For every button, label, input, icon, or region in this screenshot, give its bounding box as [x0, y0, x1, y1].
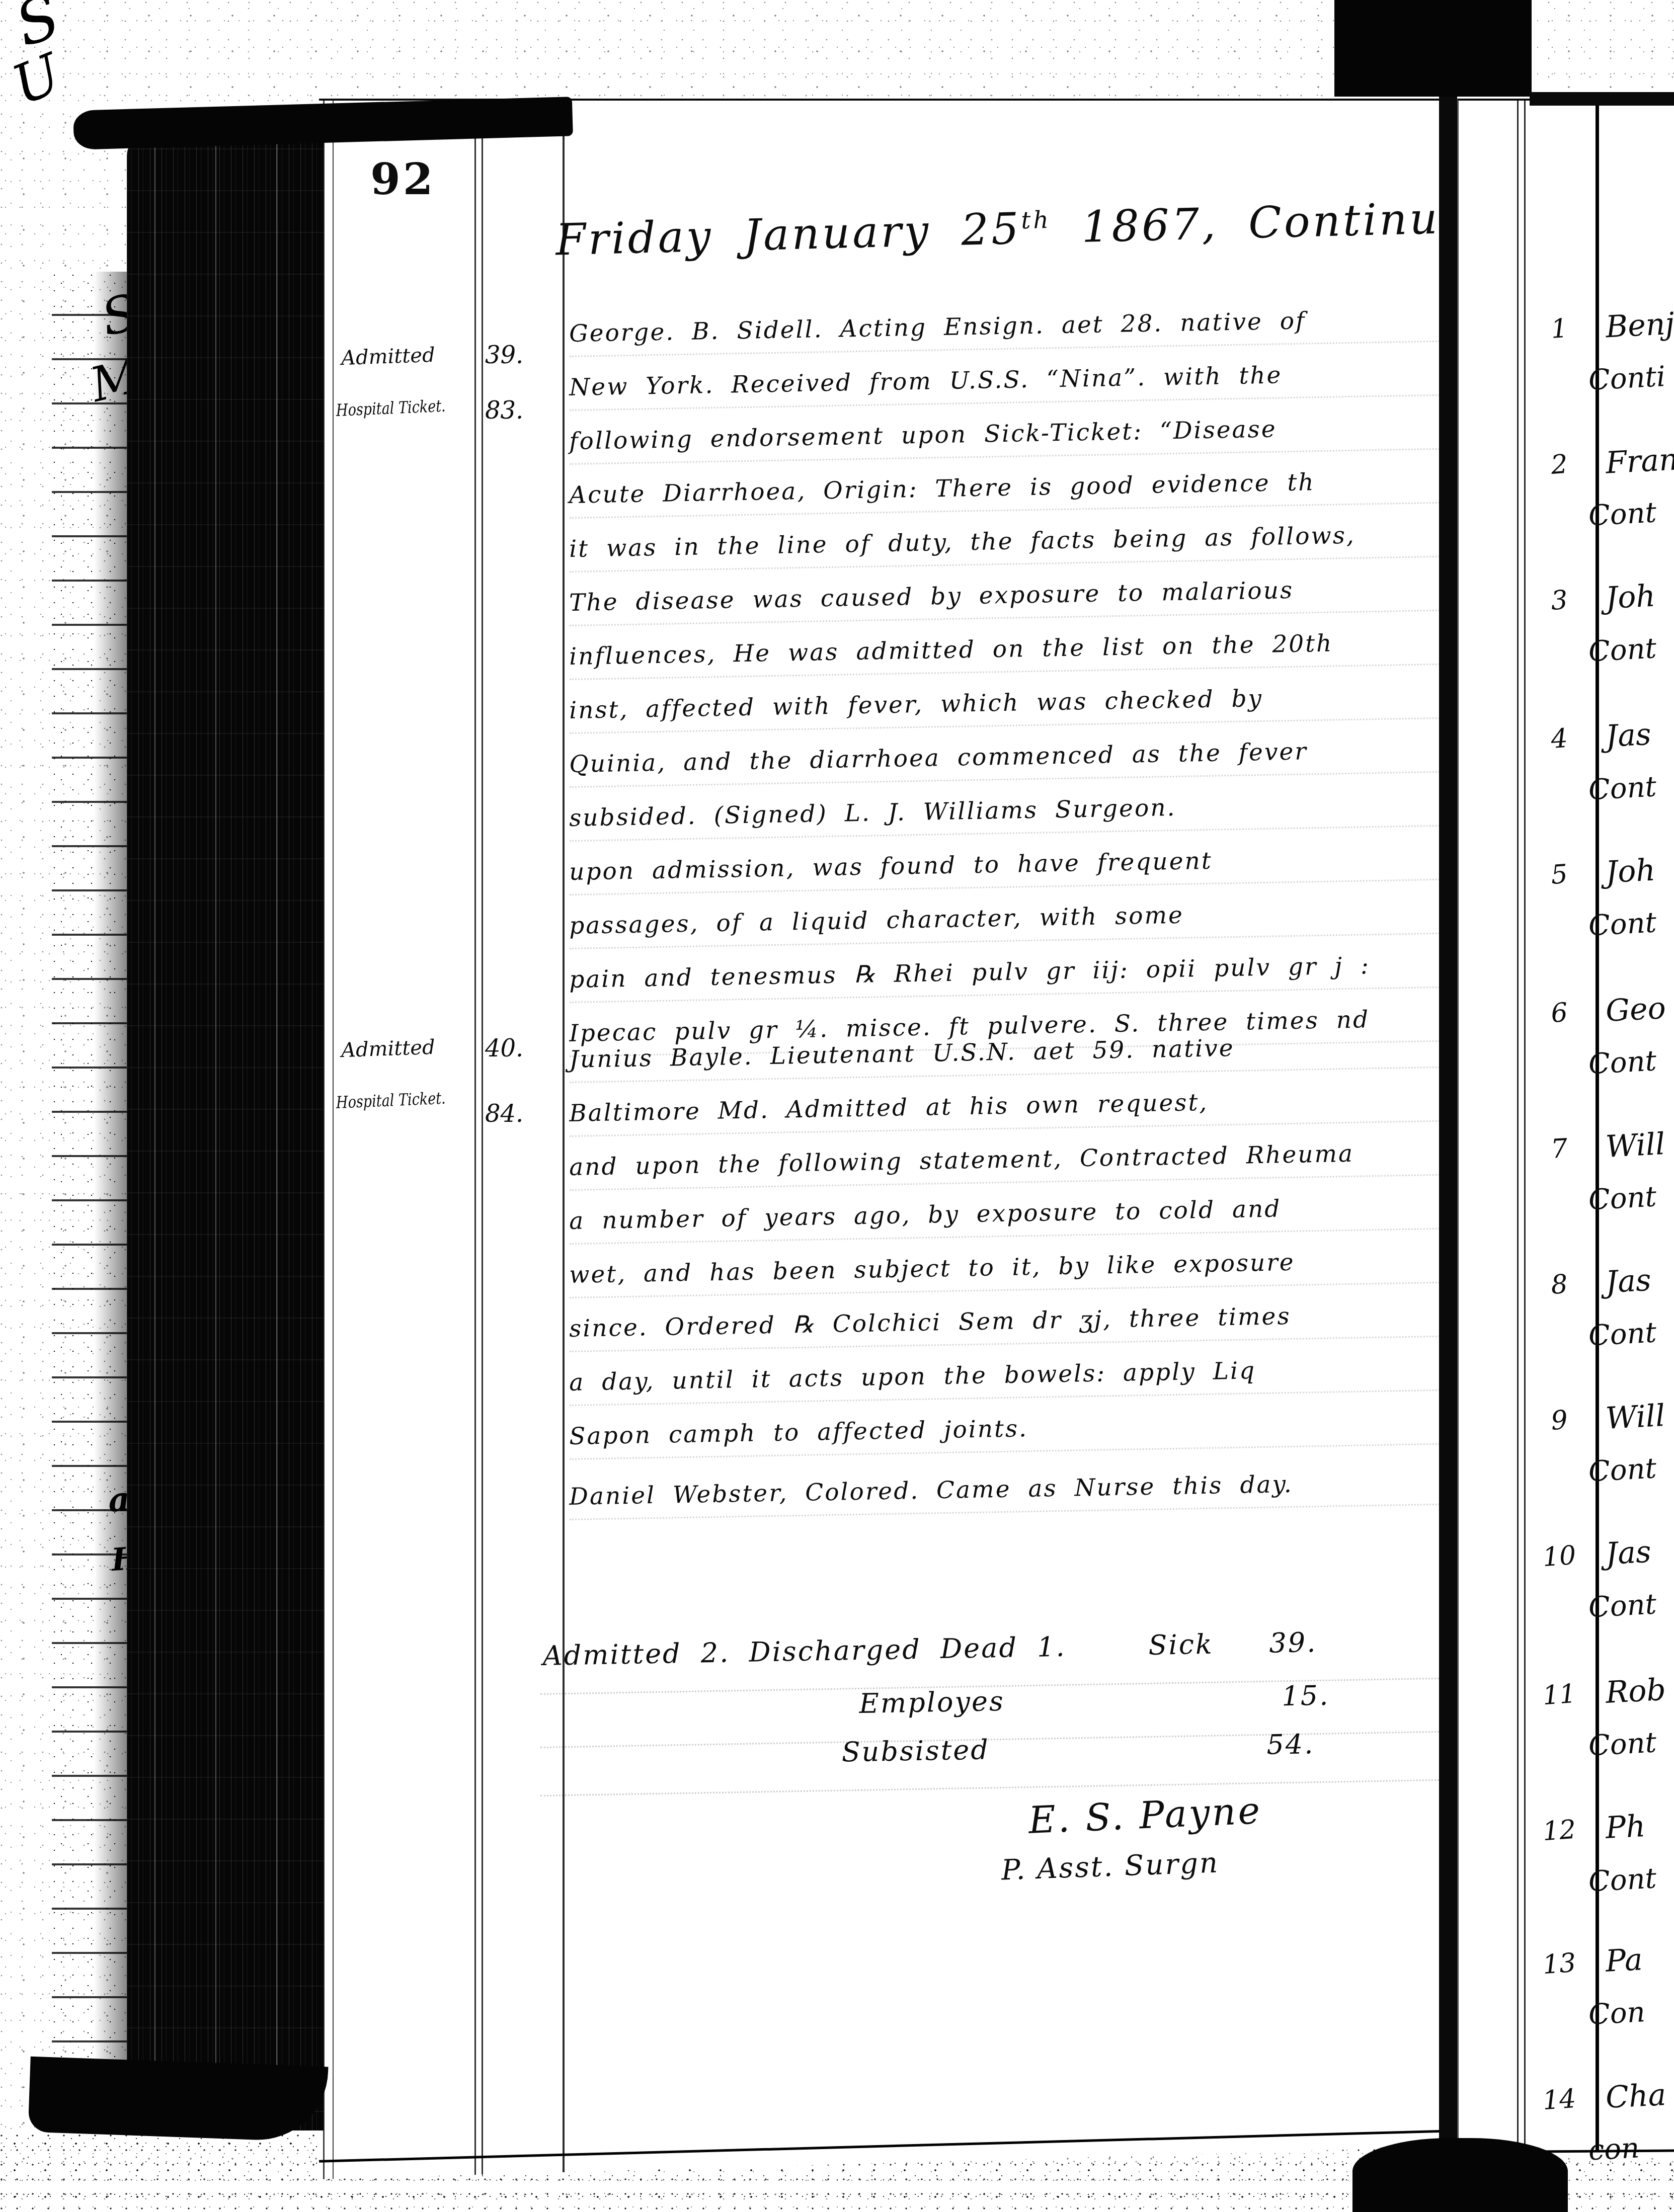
- continued-fragment: Cont: [1587, 1727, 1657, 1763]
- ledger-row: 7 Will Cont: [1459, 1134, 1674, 1245]
- entry-line: New York. Received from U.S.S. “Nina”. w…: [569, 359, 1440, 411]
- entry-line: upon admission, was found to have freque…: [569, 843, 1440, 895]
- entry-line: subsided. (Signed) L. J. Williams Surgeo…: [569, 789, 1440, 842]
- entry-line: Acute Diarrhoea, Origin: There is good e…: [569, 466, 1440, 519]
- date-ordinal-suffix: th: [1021, 206, 1052, 234]
- summary-subsisted-label: Subsisted: [841, 1734, 990, 1768]
- summary-subsisted-value: 54.: [1266, 1728, 1315, 1761]
- signature-name: E. S. Payne: [1027, 1789, 1262, 1842]
- entry-line: it was in the line of duty, the facts be…: [569, 520, 1440, 572]
- patient-name-fragment: Rob: [1605, 1672, 1666, 1710]
- summary-employes-value: 15.: [1282, 1680, 1330, 1712]
- binding-shadow-bottom: [1352, 2138, 1568, 2212]
- summary-sick-value: 39.: [1269, 1626, 1317, 1659]
- continued-fragment: Cont: [1587, 1181, 1657, 1217]
- ledger-row: 9 Will Cont: [1459, 1406, 1674, 1516]
- patient-name-fragment: Ph: [1605, 1809, 1646, 1846]
- entry-line: passages, of a liquid character, with so…: [569, 897, 1440, 949]
- ledger-row: 6 Geo Cont: [1459, 998, 1674, 1109]
- entry-line: and upon the following statement, Contra…: [569, 1138, 1440, 1191]
- patient-name-fragment: Will: [1605, 1126, 1666, 1165]
- row-number: 10: [1526, 1539, 1593, 1574]
- patient-name-fragment: Cha: [1605, 2077, 1667, 2115]
- entry-line: following endorsement upon Sick-Ticket: …: [569, 413, 1440, 465]
- patient-name-fragment: Joh: [1605, 852, 1656, 890]
- entry-line: Quinia, and the diarrhoea commenced as t…: [569, 735, 1440, 788]
- ledger-column-rule: [474, 101, 476, 2183]
- entry-line: pain and tenesmus ℞ Rhei pulv gr iij: op…: [569, 951, 1440, 1003]
- continued-fragment: Cont: [1587, 1862, 1657, 1899]
- ledger-row: 8 Jas Cont: [1459, 1270, 1674, 1380]
- patient-name-fragment: Benj: [1605, 306, 1674, 345]
- row-number: 13: [1526, 1947, 1593, 1982]
- patient-name-fragment: Jas: [1605, 1263, 1652, 1300]
- date-header: Friday January 25th 1867, Continued: [555, 194, 1442, 266]
- entry-line: since. Ordered ℞ Colchici Sem dr ʒj, thr…: [569, 1300, 1440, 1352]
- ledger-row: 5 Joh Cont: [1459, 860, 1674, 970]
- date-header-text: Friday January 25: [555, 204, 1022, 266]
- entry-line: Sapon camph to affected joints.: [569, 1408, 1440, 1460]
- right-page: 1 Benj Conti 2 Fran Cont 3 Joh Cont 4 Ja…: [1457, 99, 1674, 2158]
- signature-title: P. Asst. Surgn: [1001, 1846, 1220, 1887]
- ledger-row: 11 Rob Cont: [1459, 1680, 1674, 1790]
- ledger-column-rule: [482, 101, 483, 2183]
- row-number: 9: [1526, 1404, 1593, 1438]
- ledger-column-rule: [563, 101, 565, 2183]
- ledger-row: 10 Jas Cont: [1459, 1541, 1674, 1652]
- case-number: 39.: [485, 341, 523, 369]
- ledger-row: 2 Fran Cont: [1459, 450, 1674, 560]
- entry-line: George. B. Sidell. Acting Ensign. aet 28…: [569, 305, 1440, 357]
- continued-fragment: Con: [1587, 1996, 1646, 2031]
- row-number: 11: [1526, 1678, 1593, 1712]
- row-number: 14: [1526, 2083, 1593, 2117]
- case-number: 40.: [485, 1034, 523, 1062]
- continued-fragment: Cont: [1587, 497, 1657, 533]
- patient-name-fragment: Fran: [1605, 442, 1674, 480]
- binding-gutter: [1439, 95, 1457, 2212]
- patient-name-fragment: Joh: [1605, 578, 1656, 616]
- continued-fragment: Cont: [1587, 632, 1657, 669]
- row-number: 2: [1526, 448, 1593, 482]
- date-header-continued: 1867, Continued: [1051, 192, 1499, 254]
- row-number: 6: [1526, 996, 1593, 1031]
- entry-line: wet, and has been subject to it, by like…: [569, 1246, 1440, 1298]
- ledger-row: 4 Jas Cont: [1459, 724, 1674, 835]
- ledger-row: 1 Benj Conti: [1459, 314, 1674, 425]
- entry-line: a number of years ago, by exposure to co…: [569, 1192, 1440, 1245]
- page-edge-line: [333, 101, 334, 2183]
- summary-sick-label: Sick: [1148, 1628, 1214, 1661]
- page-number: 92: [370, 154, 436, 205]
- ticket-number: 84.: [485, 1100, 523, 1128]
- ticket-number: 83.: [485, 396, 523, 425]
- scanned-ledger-page: S U S M ad H.7 92 Friday January 25th 18…: [0, 0, 1674, 2212]
- summary-admitted-discharged: Admitted 2. Discharged Dead 1.: [542, 1631, 1066, 1672]
- patient-name-fragment: Pa: [1605, 1942, 1643, 1979]
- margin-label-admitted: Admitted: [341, 1036, 435, 1062]
- row-number: 3: [1526, 584, 1593, 618]
- page-stack-bottom-edge: [28, 2057, 329, 2143]
- patient-name-fragment: Jas: [1605, 1534, 1652, 1572]
- ledger-row: 12 Ph Cont: [1459, 1816, 1674, 1926]
- row-number: 12: [1526, 1814, 1593, 1848]
- binding-shadow-block: [1334, 0, 1532, 97]
- margin-label-hospital-ticket: Hospital Ticket.: [336, 1088, 446, 1112]
- entry-line: influences, He was admitted on the list …: [569, 628, 1440, 680]
- summary-employes-label: Employes: [859, 1685, 1005, 1719]
- row-number: 5: [1526, 858, 1593, 892]
- entry-line: Baltimore Md. Admitted at his own reques…: [569, 1085, 1440, 1137]
- row-number: 8: [1526, 1268, 1593, 1302]
- page-top-edge-shadow: [1530, 92, 1674, 106]
- row-number: 4: [1526, 722, 1593, 757]
- continued-fragment: Cont: [1587, 1317, 1657, 1353]
- ledger-row: 3 Joh Cont: [1459, 586, 1674, 696]
- underlying-page-edge: S M ad H.7: [52, 272, 128, 2103]
- continued-fragment: Conti: [1587, 360, 1666, 397]
- continued-fragment: Cont: [1587, 907, 1657, 943]
- margin-label-admitted: Admitted: [341, 344, 435, 370]
- nurse-note: Daniel Webster, Colored. Came as Nurse t…: [569, 1468, 1440, 1520]
- margin-label-hospital-ticket: Hospital Ticket.: [336, 396, 446, 420]
- continued-fragment: Cont: [1587, 1452, 1657, 1489]
- row-number: 7: [1526, 1132, 1593, 1167]
- entry-line: The disease was caused by exposure to ma…: [569, 574, 1440, 626]
- cover-glyph-fragment: U: [4, 42, 70, 118]
- continued-fragment: Cont: [1587, 1588, 1657, 1624]
- entry-line: a day, until it acts upon the bowels: ap…: [569, 1354, 1440, 1406]
- continued-fragment: Cont: [1587, 1045, 1657, 1081]
- page-stack-edge: [127, 126, 324, 2131]
- row-number: 1: [1526, 312, 1593, 347]
- left-page: 92 Friday January 25th 1867, Continued A…: [319, 99, 1439, 2183]
- patient-name-fragment: Will: [1605, 1398, 1666, 1436]
- ledger-row: 13 Pa Con: [1459, 1949, 1674, 2060]
- continued-fragment: Cont: [1587, 771, 1657, 807]
- patient-name-fragment: Geo: [1605, 991, 1666, 1029]
- entry-line: inst, affected with fever, which was che…: [569, 682, 1440, 734]
- patient-name-fragment: Jas: [1605, 717, 1652, 755]
